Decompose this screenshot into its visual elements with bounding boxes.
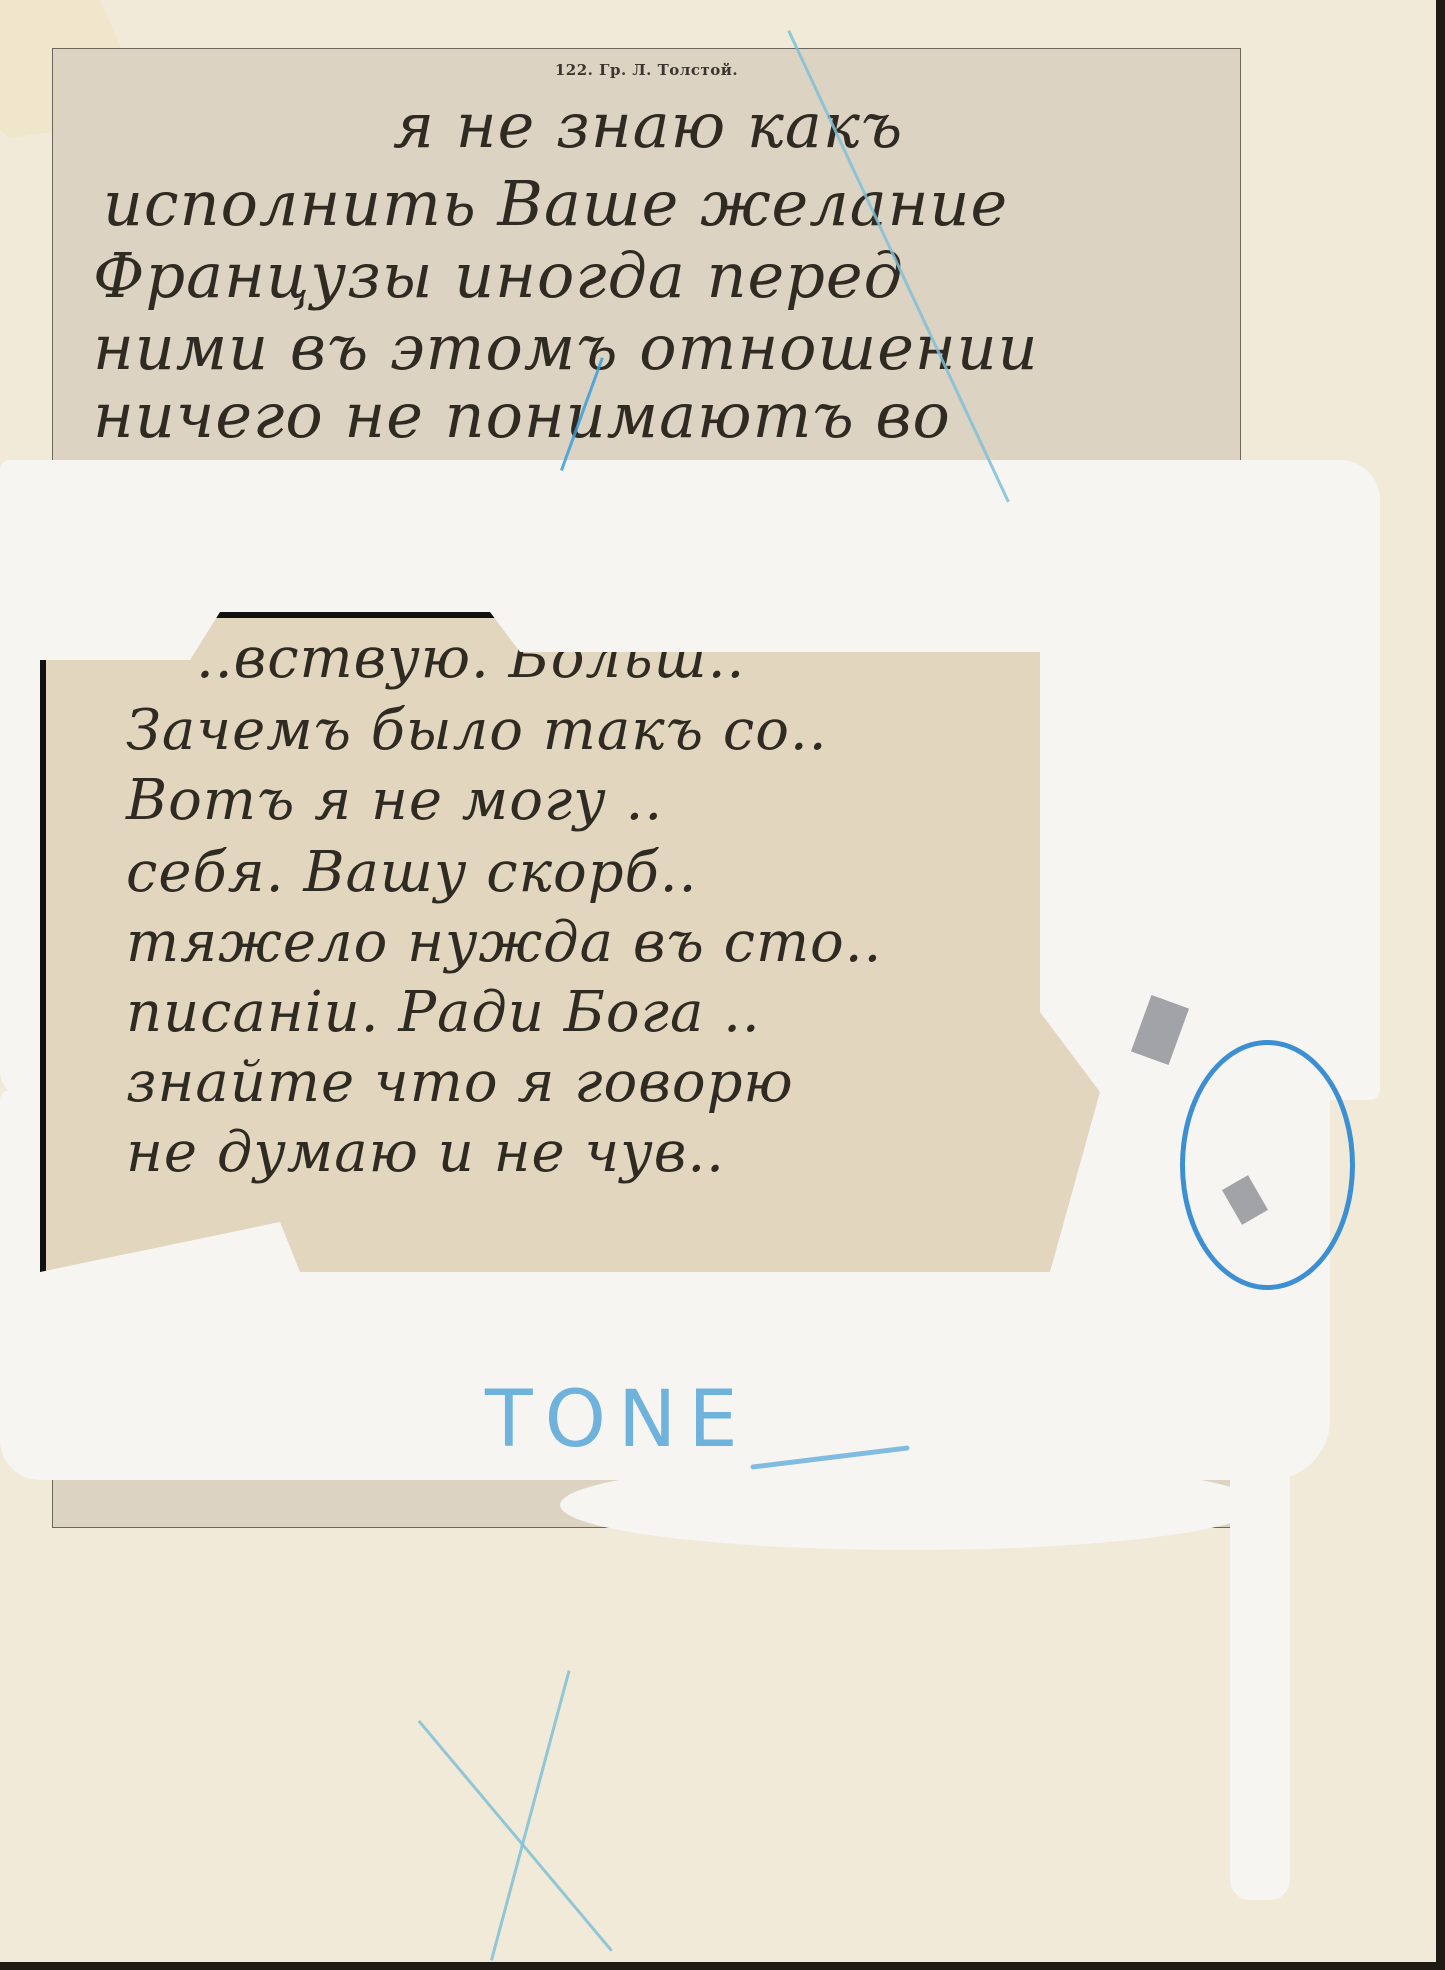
- scan-edge-bottom: [0, 1962, 1445, 1970]
- letter-line: я не знаю какъ: [393, 89, 903, 162]
- snippet-line: знайте что я говорю: [126, 1050, 794, 1115]
- blue-pencil-stroke: [418, 1720, 613, 1952]
- letter-line: Французы иногда перед: [93, 239, 904, 312]
- snippet-line: Вотъ я не могу ..: [126, 768, 663, 833]
- pasted-letter-snippet: ..вствую. Больш.. Зачемъ было такъ со.. …: [40, 612, 1110, 1292]
- snippet-line: себя. Вашу скорб..: [126, 840, 697, 905]
- scan-edge-right: [1436, 0, 1445, 1970]
- letter-line: исполнить Ваше желание: [103, 167, 1008, 240]
- plate-caption: 122. Гр. Л. Толстой.: [53, 61, 1240, 79]
- blue-pencil-stroke: [490, 1670, 571, 1961]
- snippet-line: не думаю и не чув..: [126, 1120, 725, 1185]
- whiteout-paint: [560, 1460, 1260, 1550]
- snippet-line: писаніи. Ради Бога ..: [126, 980, 761, 1045]
- blue-circle-mark: [1180, 1040, 1355, 1290]
- tone-annotation: TONE: [485, 1375, 750, 1465]
- snippet-line: тяжело нужда въ сто..: [126, 910, 882, 975]
- document-board: 122. Гр. Л. Толстой. я не знаю какъ испо…: [0, 0, 1436, 1962]
- snippet-line: Зачемъ было такъ со..: [126, 698, 828, 763]
- letter-line: ничего не понимаютъ во: [93, 379, 951, 452]
- letter-line: ними въ этомъ отношении: [93, 311, 1039, 384]
